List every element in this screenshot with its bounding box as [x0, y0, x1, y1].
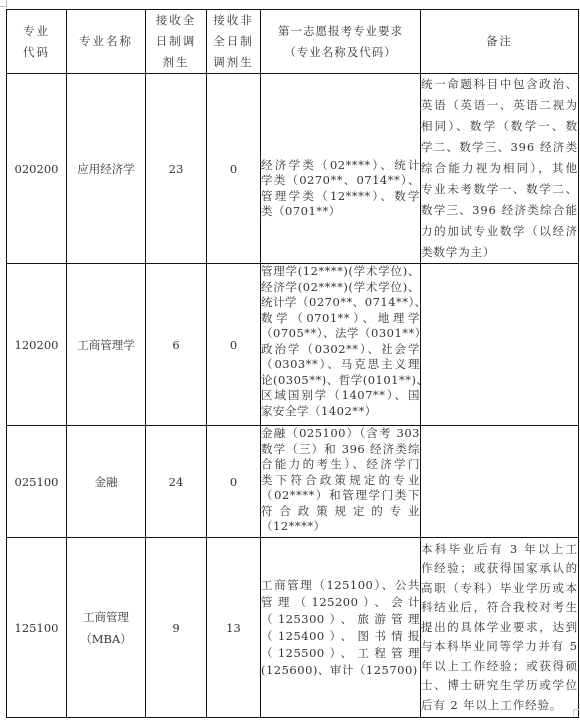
nonfulltime-count: 13: [207, 538, 261, 718]
major-name: 工商管理 （MBA）: [67, 538, 146, 718]
requirement-text: 工商管理（125100）、公共 管理（125200）、会计 （125300）、旅…: [261, 538, 421, 718]
page-corner-mark: [0, 0, 7, 7]
major-code: 120200: [7, 264, 67, 426]
header-major-name: 专业名称: [67, 10, 146, 74]
fulltime-count: 24: [146, 426, 207, 538]
header-fulltime-adjust: 接收全 日制调 剂生: [146, 10, 207, 74]
table-row: 120200 工商管理学 6 0 管理学(12****)(学术学位)、 经济学(…: [7, 264, 579, 426]
table-row: 020200 应用经济学 23 0 经济学类（02****）、统计 学类（027…: [7, 74, 579, 264]
requirement-text: 经济学类（02****）、统计 学类（0270**、0714**）、 管理学类（…: [261, 74, 421, 264]
major-name: 应用经济学: [67, 74, 146, 264]
admission-table: 专业 代码 专业名称 接收全 日制调 剂生 接收非 全日制 调剂生 第一志愿报考…: [6, 9, 579, 718]
table-header-row: 专业 代码 专业名称 接收全 日制调 剂生 接收非 全日制 调剂生 第一志愿报考…: [7, 10, 579, 74]
header-first-choice-requirement: 第一志愿报考专业要求 （专业名称及代码）: [261, 10, 421, 74]
page-corner-mark: [573, 709, 580, 716]
fulltime-count: 6: [146, 264, 207, 426]
remarks-text: [421, 426, 579, 538]
requirement-text: 管理学(12****)(学术学位)、 经济学(02****)(学术学位)、 统计…: [261, 264, 421, 426]
table-row: 125100 工商管理 （MBA） 9 13 工商管理（125100）、公共 管…: [7, 538, 579, 718]
table-row: 025100 金融 24 0 金融（025100）（含考 303 数学（三）和 …: [7, 426, 579, 538]
remarks-text: 统一命题科目中包含政治、 英语（英语一、英语二视为 相同）、数学（数学一、数 学…: [421, 74, 579, 264]
nonfulltime-count: 0: [207, 264, 261, 426]
major-code: 020200: [7, 74, 67, 264]
header-major-code: 专业 代码: [7, 10, 67, 74]
fulltime-count: 9: [146, 538, 207, 718]
major-code: 025100: [7, 426, 67, 538]
nonfulltime-count: 0: [207, 426, 261, 538]
major-name: 工商管理学: [67, 264, 146, 426]
major-name: 金融: [67, 426, 146, 538]
header-remarks: 备注: [421, 10, 579, 74]
requirement-text: 金融（025100）（含考 303 数学（三）和 396 经济类综 合能力的考生…: [261, 426, 421, 538]
nonfulltime-count: 0: [207, 74, 261, 264]
remarks-text: 本科毕业后有 3 年以上工 作经验；或获得国家承认的 高职（专科）毕业学历或本 …: [421, 538, 579, 718]
major-code: 125100: [7, 538, 67, 718]
fulltime-count: 23: [146, 74, 207, 264]
remarks-text: [421, 264, 579, 426]
header-nonfulltime-adjust: 接收非 全日制 调剂生: [207, 10, 261, 74]
